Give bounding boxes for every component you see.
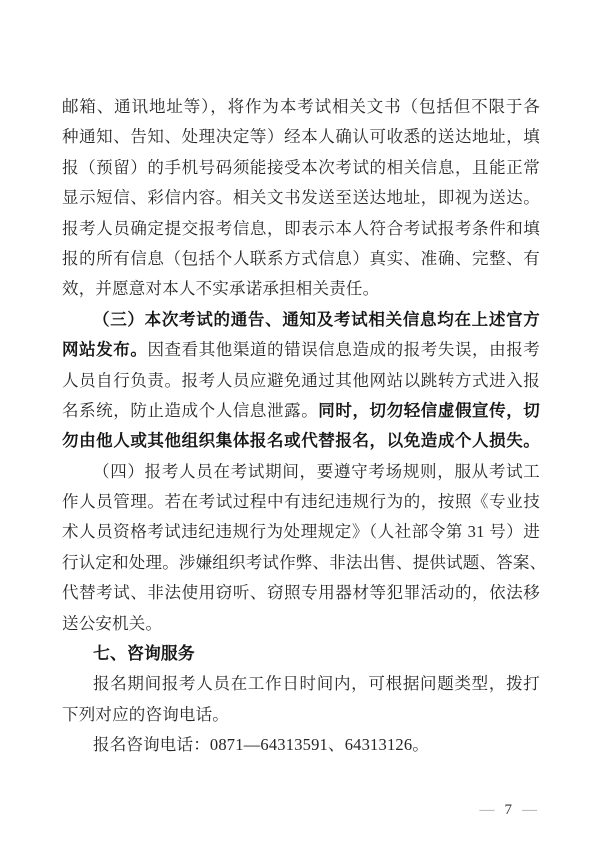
text-run: 术人员资格考试违纪违规行为处理规定》（人社部令第 31 号）进 <box>62 522 540 541</box>
text-run: 网站发布。 <box>62 340 147 359</box>
text-line: 勿由他人或其他组织集体报名或代替报名，以免造成个人损失。 <box>62 426 540 456</box>
page-footer: —7— <box>480 800 539 820</box>
text-run: 报的所有信息（包括个人联系方式信息）真实、准确、完整、有 <box>62 249 540 268</box>
text-run: 报名期间报考人员在工作日时间内，可根据问题类型，拨打 <box>93 674 540 693</box>
text-run: 作人员管理。若在考试过程中有违纪违规行为的，按照《专业技 <box>62 492 540 511</box>
text-line: （三）本次考试的通告、通知及考试相关信息均在上述官方 <box>62 305 540 335</box>
text-line: 显示短信、彩信内容。相关文书发送至送达地址，即视为送达。 <box>62 183 540 213</box>
text-run: 同时，切勿轻信虚假宣传，切 <box>318 401 540 420</box>
text-run: （四）报考人员在考试期间，要遵守考场规则，服从考试工 <box>93 462 540 481</box>
text-run: 邮箱、通讯地址等），将作为本考试相关文书（包括但不限于各 <box>62 97 540 116</box>
document-body: 邮箱、通讯地址等），将作为本考试相关文书（包括但不限于各种通知、告知、处理决定等… <box>62 92 540 761</box>
text-run: 报考人员确定提交报考信息，即表示本人符合考试报考条件和填 <box>62 219 540 238</box>
text-line: 效，并愿意对本人不实承诺承担相关责任。 <box>62 274 540 304</box>
text-line: （四）报考人员在考试期间，要遵守考场规则，服从考试工 <box>62 457 540 487</box>
section-heading: 七、咨询服务 <box>62 639 540 669</box>
text-line: 报名期间报考人员在工作日时间内，可根据问题类型，拨打 <box>62 669 540 699</box>
text-run: 送公安机关。 <box>62 614 162 633</box>
text-run: 报名咨询电话：0871—64313591、64313126。 <box>93 735 429 754</box>
text-line: 作人员管理。若在考试过程中有违纪违规行为的，按照《专业技 <box>62 487 540 517</box>
text-line: 网站发布。因查看其他渠道的错误信息造成的报考失误，由报考 <box>62 335 540 365</box>
text-run: 显示短信、彩信内容。相关文书发送至送达地址，即视为送达。 <box>62 188 540 207</box>
text-run: 行认定和处理。涉嫌组织考试作弊、非法出售、提供试题、答案、 <box>62 553 546 572</box>
text-line: 行认定和处理。涉嫌组织考试作弊、非法出售、提供试题、答案、 <box>62 548 540 578</box>
text-line: 送公安机关。 <box>62 609 540 639</box>
text-run: 下列对应的咨询电话。 <box>62 705 229 724</box>
text-run: 报（预留）的手机号码须能接受本次考试的相关信息，且能正常 <box>62 158 540 177</box>
text-line: 下列对应的咨询电话。 <box>62 700 540 730</box>
text-line: 名系统，防止造成个人信息泄露。同时，切勿轻信虚假宣传，切 <box>62 396 540 426</box>
footer-page-number: 7 <box>496 802 523 818</box>
text-run: 代替考试、非法使用窃听、窃照专用器材等犯罪活动的，依法移 <box>62 583 540 602</box>
footer-dash-right: — <box>522 802 538 818</box>
text-line: 报考人员确定提交报考信息，即表示本人符合考试报考条件和填 <box>62 214 540 244</box>
text-line: 报的所有信息（包括个人联系方式信息）真实、准确、完整、有 <box>62 244 540 274</box>
text-run: 名系统，防止造成个人信息泄露。 <box>62 401 318 420</box>
text-line: 报名咨询电话：0871—64313591、64313126。 <box>62 730 540 760</box>
text-run: 因查看其他渠道的错误信息造成的报考失误，由报考 <box>147 340 540 359</box>
text-run: 勿由他人或其他组织集体报名或代替报名，以免造成个人损失。 <box>62 431 540 450</box>
text-line: 术人员资格考试违纪违规行为处理规定》（人社部令第 31 号）进 <box>62 517 540 547</box>
text-run: 效，并愿意对本人不实承诺承担相关责任。 <box>62 279 379 298</box>
document-page: 邮箱、通讯地址等），将作为本考试相关文书（包括但不限于各种通知、告知、处理决定等… <box>0 0 603 848</box>
text-line: 邮箱、通讯地址等），将作为本考试相关文书（包括但不限于各 <box>62 92 540 122</box>
text-line: 人员自行负责。报考人员应避免通过其他网站以跳转方式进入报 <box>62 366 540 396</box>
text-run: 种通知、告知、处理决定等）经本人确认可收悉的送达地址，填 <box>62 127 540 146</box>
text-line: 代替考试、非法使用窃听、窃照专用器材等犯罪活动的，依法移 <box>62 578 540 608</box>
text-run: 七、咨询服务 <box>93 644 195 663</box>
text-line: 报（预留）的手机号码须能接受本次考试的相关信息，且能正常 <box>62 153 540 183</box>
text-line: 种通知、告知、处理决定等）经本人确认可收悉的送达地址，填 <box>62 122 540 152</box>
text-run: 人员自行负责。报考人员应避免通过其他网站以跳转方式进入报 <box>62 371 540 390</box>
footer-dash-left: — <box>480 802 496 818</box>
text-run: （三）本次考试的通告、通知及考试相关信息均在上述官方 <box>93 310 540 329</box>
